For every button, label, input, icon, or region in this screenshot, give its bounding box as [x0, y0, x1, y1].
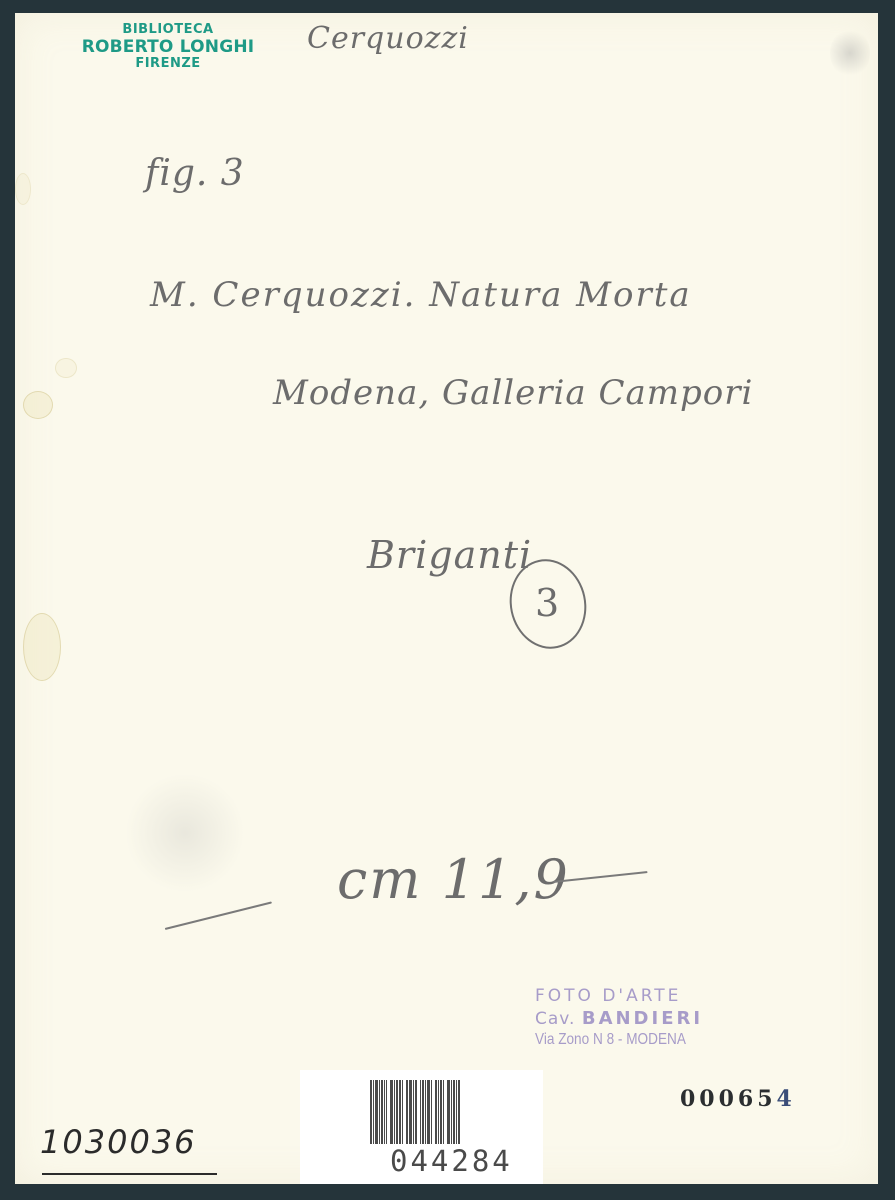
stain: [55, 358, 77, 378]
circled-number: 3: [535, 581, 560, 625]
inventory-underline: [42, 1173, 217, 1175]
photo-stamp-prefix: Cav.: [535, 1009, 575, 1029]
stamp-line-3: FIRENZE: [73, 57, 263, 72]
stain: [23, 613, 61, 681]
barcode-label: 044284: [300, 1070, 543, 1184]
barcode-number: 044284: [300, 1144, 543, 1178]
photo-stamp-line-1: FOTO D'ARTE: [535, 985, 713, 1007]
author-note: Briganti: [367, 533, 532, 577]
photo-stamp-name: BANDIERI: [582, 1008, 703, 1029]
serial-number-stamp: 000654: [680, 1086, 796, 1112]
measurement-line-left: [165, 901, 272, 930]
location-line: Modena, Galleria Campori: [273, 373, 753, 413]
pencil-smudge: [125, 773, 245, 893]
photo-stamp-line-2: Cav. BANDIERI: [535, 1007, 713, 1030]
barcode-bars: [370, 1080, 461, 1144]
stain: [15, 173, 31, 205]
serial-last-digit: 4: [777, 1086, 796, 1112]
pencil-smudge: [830, 28, 870, 78]
measurement: cm 11,9: [337, 848, 570, 911]
library-stamp: BIBLIOTECA ROBERTO LONGHI FIRENZE: [73, 23, 263, 72]
photo-stamp-line-3: Via Zono N 8 - MODENA: [535, 1030, 686, 1051]
figure-reference: fig. 3: [145, 153, 245, 194]
stamp-line-2: ROBERTO LONGHI: [73, 38, 263, 58]
photographer-stamp: FOTO D'ARTE Cav. BANDIERI Via Zono N 8 -…: [535, 985, 713, 1051]
photo-back-card: BIBLIOTECA ROBERTO LONGHI FIRENZE Cerquo…: [15, 13, 878, 1184]
attribution-line: M. Cerquozzi. Natura Morta: [150, 275, 692, 315]
stamp-line-1: BIBLIOTECA: [73, 23, 263, 38]
artist-name-top: Cerquozzi: [307, 21, 469, 56]
stain: [23, 391, 53, 419]
serial-main: 00065: [680, 1086, 777, 1112]
inventory-number: 1030036: [40, 1123, 197, 1161]
